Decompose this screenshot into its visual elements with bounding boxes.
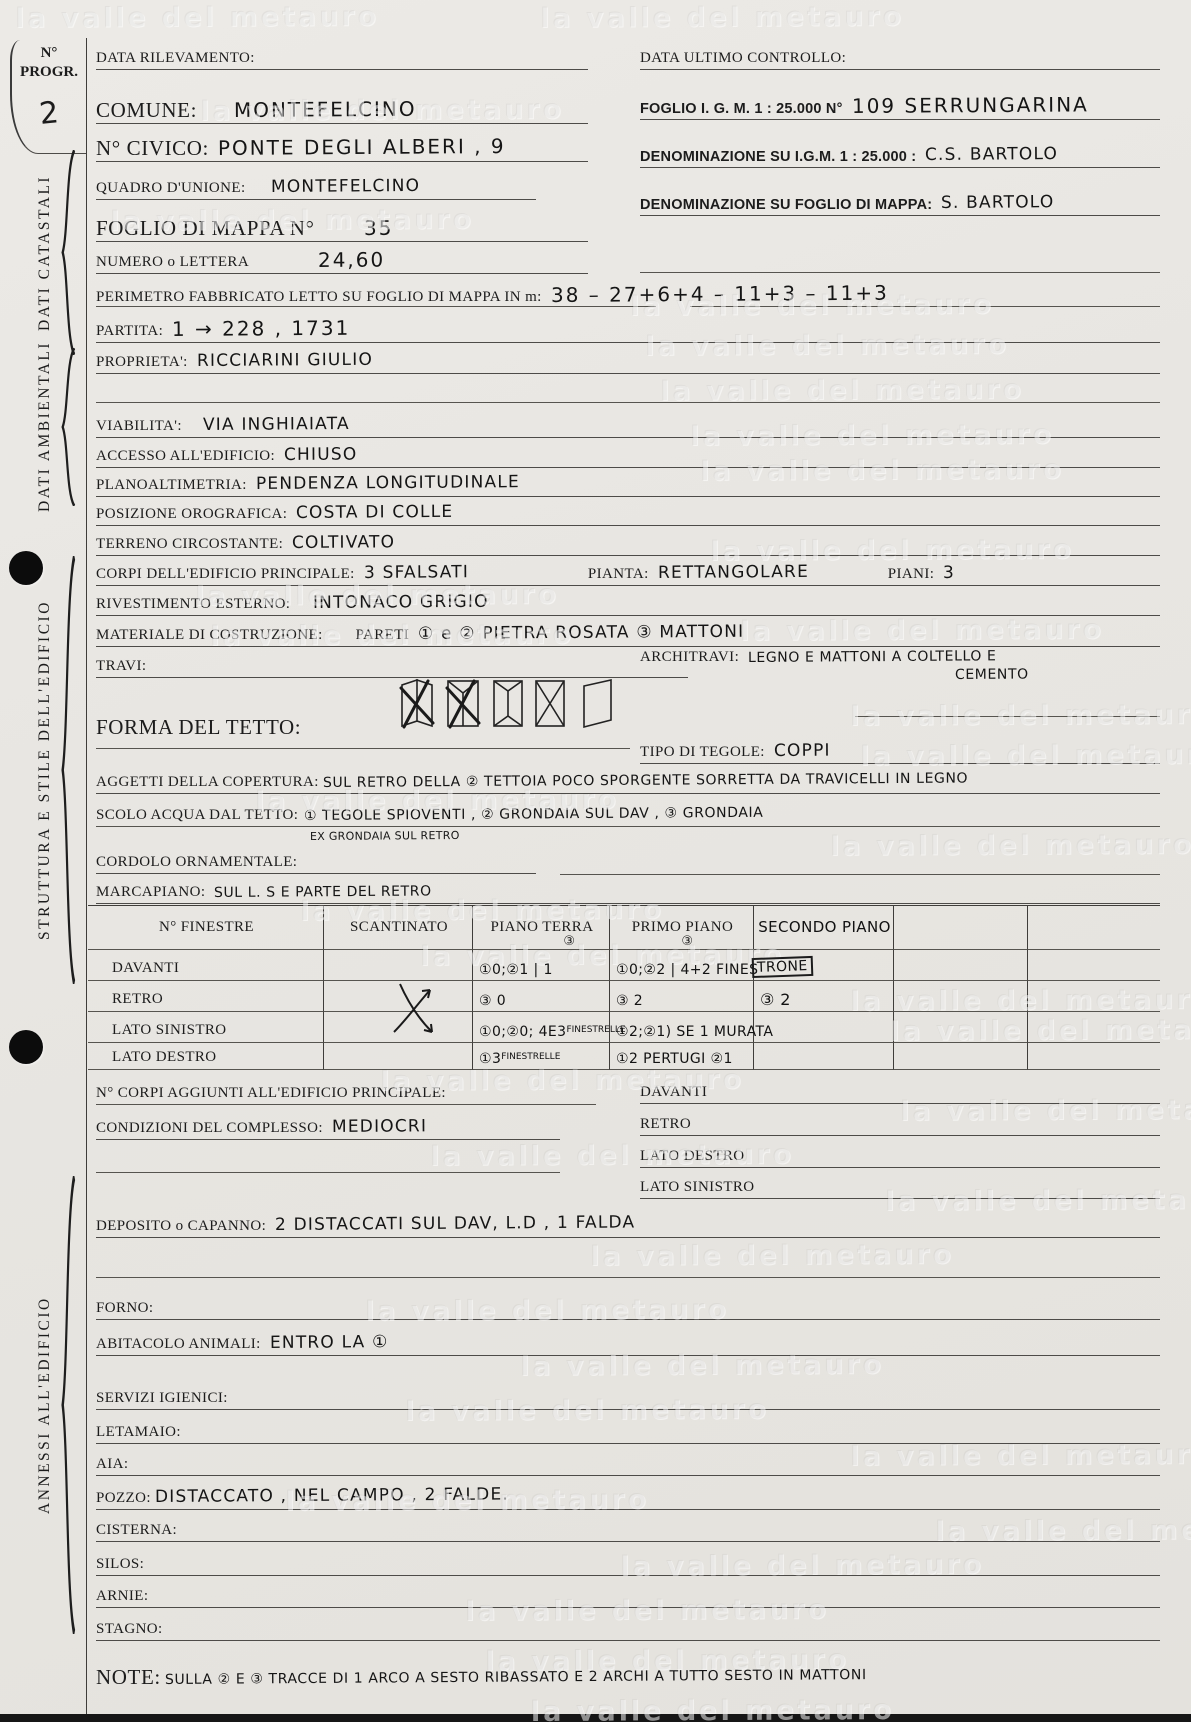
progressive-number-box: N° PROGR. 2 — [10, 40, 86, 154]
finestre-row-label: DAVANTI — [88, 950, 324, 981]
note-value: SULLA ② E ③ TRACCE DI 1 ARCO A SESTO RIB… — [165, 1668, 867, 1688]
corpi-value: 3 SFALSATI — [364, 564, 469, 583]
viabilita-label: VIABILITA': — [96, 419, 182, 435]
stagno-label: STAGNO: — [96, 1622, 163, 1638]
field-comune: COMUNE: MONTEFELCINO — [96, 88, 588, 124]
ruled-line — [690, 306, 1160, 307]
architravi-value-line1: LEGNO E MATTONI A COLTELLO E — [748, 649, 997, 666]
field-marcapiano: MARCAPIANO: SUL L. S E PARTE DEL RETRO — [96, 876, 1160, 904]
field-foglio-igm: FOGLIO I. G. M. 1 : 25.000 N° 109 SERRUN… — [640, 86, 1160, 120]
piani-value: 3 — [943, 565, 955, 583]
condizioni-label: CONDIZIONI DEL COMPLESSO: — [96, 1121, 323, 1137]
field-viabilita: VIABILITA': VIA INGHIAIATA — [96, 410, 1160, 438]
finestre-table: N° FINESTRE SCANTINATO PIANO TERRA PRIMO… — [88, 905, 1160, 1070]
section-label-dati-ambientali: DATI AMBIENTALI — [36, 348, 54, 506]
scan-bottom-edge — [0, 1714, 1191, 1722]
pozzo-label: POZZO: — [96, 1491, 151, 1507]
scolo-note: EX GRONDAIA SUL RETRO — [310, 830, 460, 843]
foglio-mappa-value: 35 — [363, 218, 393, 239]
circled-3-annotation: ③ — [563, 934, 575, 949]
finestre-cell-empty — [1028, 981, 1160, 1012]
materiale-label: MATERIALE DI COSTRUZIONE: — [96, 628, 323, 644]
aggetti-label: AGGETTI DELLA COPERTURA: — [96, 775, 319, 791]
architravi-value-line2: CEMENTO — [955, 667, 1029, 683]
terreno-value: COLTIVATO — [292, 534, 395, 553]
finestre-header-empty-1 — [894, 906, 1028, 950]
finestre-cell-empty — [894, 981, 1028, 1012]
field-quadro-unione: QUADRO D'UNIONE: MONTEFELCINO — [96, 168, 536, 200]
field-denominazione-igm: DENOMINAZIONE SU I.G.M. 1 : 25.000 : C.S… — [640, 134, 1160, 168]
roof-pavilion-icon — [532, 676, 568, 730]
planoaltimetria-value: PENDENZA LONGITUDINALE — [256, 474, 520, 494]
scolo-label: SCOLO ACQUA DAL TETTO: — [96, 808, 298, 824]
proprieta-label: PROPRIETA': — [96, 355, 188, 371]
field-aia: AIA: — [96, 1448, 1160, 1476]
corpi-label: CORPI DELL'EDIFICIO PRINCIPALE: — [96, 567, 355, 583]
finestre-header-secondo-piano: SECONDO PIANO — [754, 906, 894, 950]
data-ultimo-controllo-label: DATA ULTIMO CONTROLLO: — [640, 51, 846, 67]
field-data-rilevamento: DATA RILEVAMENTO: — [96, 42, 588, 70]
numero-lettera-value: 24,60 — [318, 250, 385, 271]
corpi-aggiunti-davanti: DAVANTI — [640, 1076, 1160, 1104]
posizione-orografica-value: COSTA DI COLLE — [296, 504, 454, 523]
field-pozzo: POZZO: DISTACCATO , NEL CAMPO , 2 FALDE. — [96, 1480, 1160, 1510]
brace-annessi — [60, 1176, 78, 1634]
field-perimetro: PERIMETRO FABBRICATO LETTO SU FOGLIO DI … — [96, 272, 1160, 308]
brace-dati-catastali — [60, 150, 78, 355]
progressive-number-value: 2 — [10, 92, 87, 135]
ruled-line — [96, 402, 1160, 403]
rivestimento-value: INTONACO GRIGIO — [313, 594, 489, 613]
letamaio-label: LETAMAIO: — [96, 1425, 181, 1441]
foglio-mappa-label: FOGLIO DI MAPPA N° — [96, 217, 315, 239]
field-arnie: ARNIE: — [96, 1580, 1160, 1608]
field-proprieta: PROPRIETA': RICCIARINI GIULIO — [96, 345, 1160, 374]
ruled-line — [560, 874, 1160, 875]
materiale-pareti-label: PARETI — [356, 628, 410, 644]
partita-value: 1 → 228 , 1731 — [172, 318, 350, 340]
comune-label: COMUNE: — [96, 99, 197, 121]
roof-hip-crossed-icon — [444, 676, 482, 730]
field-cordolo: CORDOLO ORNAMENTALE: — [96, 846, 536, 874]
accesso-value: CHIUSO — [284, 446, 358, 465]
tipo-tegole-label: TIPO DI TEGOLE: — [640, 745, 765, 761]
accesso-label: ACCESSO ALL'EDIFICIO: — [96, 449, 275, 465]
field-note: NOTE: SULLA ② E ③ TRACCE DI 1 ARCO A SES… — [96, 1656, 1160, 1690]
field-partita: PARTITA: 1 → 228 , 1731 — [96, 312, 1160, 343]
field-condizioni: CONDIZIONI DEL COMPLESSO: MEDIOCRI — [96, 1108, 560, 1140]
finestre-header-empty-2 — [1028, 906, 1160, 950]
field-rivestimento: RIVESTIMENTO ESTERNO: INTONACO GRIGIO — [96, 588, 1160, 616]
denominazione-mappa-value: S. BARTOLO — [941, 194, 1055, 213]
viabilita-value: VIA INGHIAIATA — [203, 416, 350, 435]
finestre-cell-empty — [1028, 950, 1160, 981]
finestre-cell-secondo-piano — [754, 1012, 894, 1043]
silos-label: SILOS: — [96, 1557, 144, 1573]
field-planoaltimetria: PLANOALTIMETRIA: PENDENZA LONGITUDINALE — [96, 469, 1160, 497]
brace-dati-ambientali — [60, 348, 78, 506]
finestre-cell-primo-piano: ③ 2 — [610, 981, 754, 1012]
field-accesso: ACCESSO ALL'EDIFICIO: CHIUSO — [96, 440, 1160, 468]
field-aggetti: AGGETTI DELLA COPERTURA: SUL RETRO DELLA… — [96, 766, 1160, 794]
finestre-cell-scantinato — [324, 950, 473, 981]
arnie-label: ARNIE: — [96, 1589, 148, 1605]
proprieta-value: RICCIARINI GIULIO — [197, 352, 373, 371]
tipo-tegole-value: COPPI — [774, 743, 831, 761]
scolo-value: ① TEGOLE SPIOVENTI , ② GRONDAIA SUL DAV … — [304, 806, 764, 824]
finestre-cell-primo-piano: ①2 PERTUGI ②1 — [610, 1043, 754, 1070]
field-n-civico: N° CIVICO: PONTE DEGLI ALBERI , 9 — [96, 126, 588, 162]
note-label: NOTE: — [96, 1666, 161, 1688]
ruled-line — [855, 716, 1160, 717]
comune-value: MONTEFELCINO — [234, 99, 417, 121]
quadro-unione-value: MONTEFELCINO — [270, 178, 419, 197]
marcapiano-value: SUL L. S E PARTE DEL RETRO — [214, 884, 432, 901]
finestre-cell-empty — [1028, 1012, 1160, 1043]
perimetro-label: PERIMETRO FABBRICATO LETTO SU FOGLIO DI … — [96, 290, 542, 306]
scanned-survey-form: N° PROGR. 2 DATI CATASTALI DATI AMBIENTA… — [0, 0, 1191, 1722]
field-silos: SILOS: — [96, 1548, 1160, 1576]
finestre-cell-empty — [894, 1012, 1028, 1043]
corpi-aggiunti-lato-destro: LATO DESTRO — [640, 1140, 1160, 1168]
finestre-cell-empty — [894, 950, 1028, 981]
field-denominazione-mappa: DENOMINAZIONE SU FOGLIO DI MAPPA: S. BAR… — [640, 182, 1160, 216]
field-deposito: DEPOSITO o CAPANNO: 2 DISTACCATI SUL DAV… — [96, 1206, 1160, 1238]
ruled-line — [96, 1277, 1160, 1278]
finestre-row-label: LATO DESTRO — [88, 1043, 324, 1070]
pianta-label: PIANTA: — [588, 567, 649, 583]
planoaltimetria-label: PLANOALTIMETRIA: — [96, 478, 247, 494]
finestre-cell-secondo-piano: ③ 2 — [754, 981, 894, 1012]
field-data-ultimo-controllo: DATA ULTIMO CONTROLLO: — [640, 42, 1160, 70]
corpi-aggiunti-lato-sinistro: LATO SINISTRO — [640, 1171, 1160, 1199]
finestre-cell-primo-piano: ①0;②2 | 4+2 FINES ③ — [610, 950, 754, 981]
servizi-label: SERVIZI IGIENICI: — [96, 1391, 228, 1407]
section-label-annessi: ANNESSI ALL'EDIFICIO — [36, 1176, 54, 1634]
n-civico-label: N° CIVICO: — [96, 137, 209, 159]
finestre-cell-empty — [1028, 1043, 1160, 1070]
progressive-number-label: N° PROGR. — [12, 40, 86, 82]
pozzo-value: DISTACCATO , NEL CAMPO , 2 FALDE. — [155, 1487, 509, 1507]
denominazione-igm-label: DENOMINAZIONE SU I.G.M. 1 : 25.000 : — [640, 150, 916, 165]
perimetro-value: 38 – 27+6+4 – 11+3 – 11+3 — [551, 283, 889, 306]
section-label-dati-catastali: DATI CATASTALI — [36, 150, 54, 355]
field-travi: TRAVI: — [96, 650, 688, 678]
field-servizi: SERVIZI IGIENICI: — [96, 1382, 1160, 1410]
roof-gable-crossed-icon — [398, 676, 436, 730]
finestre-cell-piano-terra: ③ 0 — [473, 981, 610, 1012]
abitacolo-value: ENTRO LA ① — [270, 1334, 389, 1353]
condizioni-value: MEDIOCRI — [332, 1118, 427, 1137]
field-terreno: TERRENO CIRCOSTANTE: COLTIVATO — [96, 528, 1160, 556]
finestre-header-piano-terra: PIANO TERRA — [473, 906, 610, 950]
cross-arrows-annotation — [390, 978, 442, 1040]
finestre-cell-scantinato — [324, 1043, 473, 1070]
roof-ridge-icon — [490, 676, 526, 730]
aggetti-value: SUL RETRO DELLA ② TETTOIA POCO SPORGENTE… — [323, 771, 968, 791]
finestre-cell-secondo-piano — [754, 1043, 894, 1070]
field-posizione-orografica: POSIZIONE OROGRAFICA: COSTA DI COLLE — [96, 498, 1160, 526]
section-label-struttura-stile: STRUTTURA E STILE DELL'EDIFICIO — [36, 556, 54, 984]
field-forno: FORNO: — [96, 1292, 1160, 1320]
finestre-cell-secondo-piano: TRONE — [754, 950, 894, 981]
forma-tetto-label: FORMA DEL TETTO: — [96, 716, 301, 738]
foglio-igm-value: 109 SERRUNGARINA — [851, 94, 1088, 117]
finestre-cell-empty — [894, 1043, 1028, 1070]
field-corpi-principale: CORPI DELL'EDIFICIO PRINCIPALE: 3 SFALSA… — [96, 558, 1160, 586]
cisterna-label: CISTERNA: — [96, 1523, 177, 1539]
finestre-cell-piano-terra: ①0;②1 | 1 ③ — [473, 950, 610, 981]
corpi-aggiunti-label: N° CORPI AGGIUNTI ALL'EDIFICIO PRINCIPAL… — [96, 1086, 446, 1102]
travi-label: TRAVI: — [96, 659, 146, 675]
roof-shed-icon — [576, 676, 616, 730]
ruled-line — [96, 306, 656, 307]
watermark-text: la valle del metauro — [540, 1, 904, 34]
watermark-text: la valle del metauro — [15, 1, 379, 34]
ruled-line — [96, 748, 630, 749]
quadro-unione-label: QUADRO D'UNIONE: — [96, 181, 246, 197]
finestre-cell-primo-piano: ①2;②1) SE 1 MURATA — [610, 1012, 754, 1043]
form-left-border — [86, 38, 87, 1714]
field-abitacolo: ABITACOLO ANIMALI: ENTRO LA ① — [96, 1324, 1160, 1356]
corpi-aggiunti-retro: RETRO — [640, 1108, 1160, 1136]
denominazione-mappa-label: DENOMINAZIONE SU FOGLIO DI MAPPA: — [640, 198, 932, 213]
aia-label: AIA: — [96, 1457, 128, 1473]
rivestimento-label: RIVESTIMENTO ESTERNO: — [96, 597, 290, 613]
data-rilevamento-label: DATA RILEVAMENTO: — [96, 51, 255, 67]
numero-lettera-label: NUMERO o LETTERA — [96, 255, 249, 271]
finestre-cell-piano-terra: ①3FINESTRELLE — [473, 1043, 610, 1070]
ruled-line — [96, 1172, 560, 1173]
finestre-row-label: RETRO — [88, 981, 324, 1012]
field-foglio-mappa: FOGLIO DI MAPPA N° 35 — [96, 204, 588, 242]
forno-label: FORNO: — [96, 1301, 153, 1317]
partita-label: PARTITA: — [96, 324, 163, 340]
finestre-header-scantinato: SCANTINATO — [324, 906, 473, 950]
marcapiano-label: MARCAPIANO: — [96, 885, 205, 901]
architravi-label: ARCHITRAVI: — [640, 650, 739, 666]
field-scolo: SCOLO ACQUA DAL TETTO: ① TEGOLE SPIOVENT… — [96, 798, 1160, 826]
field-cisterna: CISTERNA: — [96, 1514, 1160, 1542]
hole-punch-bottom — [9, 1030, 43, 1064]
brace-struttura-stile — [60, 556, 78, 984]
field-letamaio: LETAMAIO: — [96, 1416, 1160, 1444]
n-civico-value: PONTE DEGLI ALBERI , 9 — [218, 136, 506, 159]
posizione-orografica-label: POSIZIONE OROGRAFICA: — [96, 507, 287, 523]
finestre-header-n-finestre: N° FINESTRE — [88, 906, 324, 950]
field-numero-lettera: NUMERO o LETTERA 24,60 — [96, 238, 588, 274]
finestre-row-label: LATO SINISTRO — [88, 1012, 324, 1043]
watermark-text: la valle del metauro — [590, 1239, 954, 1272]
field-stagno: STAGNO: — [96, 1613, 1160, 1641]
denominazione-igm-value: C.S. BARTOLO — [925, 146, 1058, 165]
terreno-label: TERRENO CIRCOSTANTE: — [96, 537, 283, 553]
foglio-igm-label: FOGLIO I. G. M. 1 : 25.000 N° — [640, 102, 843, 117]
pianta-value: RETTANGOLARE — [658, 564, 809, 583]
circled-3-annotation: ③ — [681, 934, 693, 949]
finestre-cell-piano-terra: ①0;②0; 4E3FINESTRELLE — [473, 1012, 610, 1043]
field-architravi: ARCHITRAVI: LEGNO E MATTONI A COLTELLO E — [640, 640, 1160, 668]
deposito-label: DEPOSITO o CAPANNO: — [96, 1219, 266, 1235]
field-tipo-tegole: TIPO DI TEGOLE: COPPI — [640, 732, 1160, 764]
cordolo-label: CORDOLO ORNAMENTALE: — [96, 855, 297, 871]
ruled-line — [96, 1104, 596, 1105]
deposito-value: 2 DISTACCATI SUL DAV, L.D , 1 FALDA — [275, 1214, 636, 1235]
watermark-text: la valle del metauro — [830, 829, 1191, 862]
field-corpi-aggiunti: N° CORPI AGGIUNTI ALL'EDIFICIO PRINCIPAL… — [96, 1076, 596, 1104]
piani-label: PIANI: — [888, 567, 935, 583]
abitacolo-label: ABITACOLO ANIMALI: — [96, 1337, 261, 1353]
ruled-line — [96, 826, 1160, 827]
